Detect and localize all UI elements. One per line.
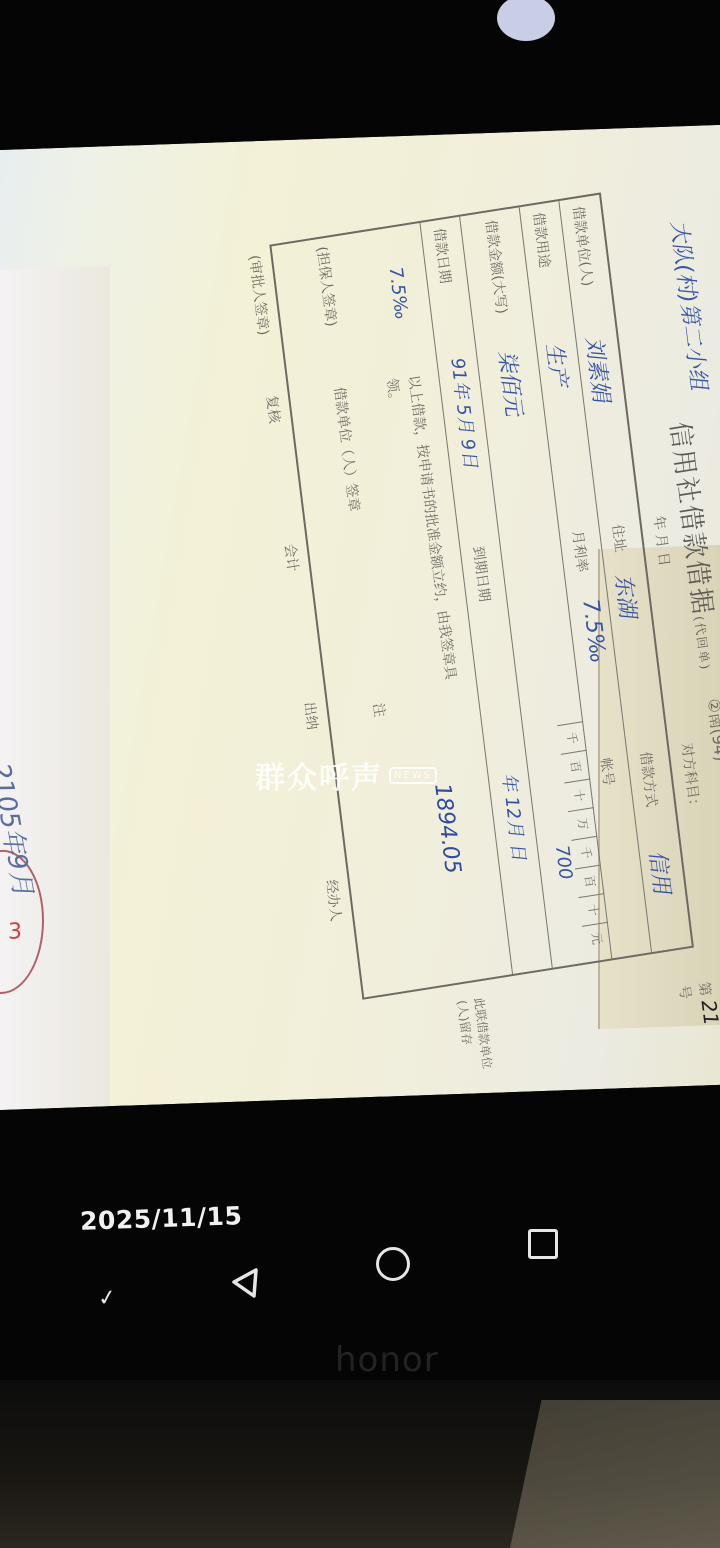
purpose-value: 生产: [540, 340, 576, 388]
label-method: 借款方式: [636, 750, 663, 808]
label-rate: 月利率: [568, 529, 593, 574]
digit-col: 万: [568, 807, 597, 840]
address-value: 东湖: [609, 571, 645, 619]
due-date-value: 年 12月 日: [497, 771, 534, 862]
digit-col: 千: [571, 836, 600, 869]
copy-note: 此联借款单位(人)留存: [454, 996, 497, 1080]
amount-digits: 700: [551, 844, 576, 881]
paper-corner: [510, 1400, 720, 1548]
digit-col: 十: [564, 778, 593, 811]
check-icon[interactable]: ✓: [96, 1285, 118, 1312]
review-label: 复核: [262, 394, 285, 425]
watermark-text: 群众呼声: [255, 753, 383, 797]
page-suffix: 号: [675, 984, 693, 1000]
cashier-label: 出纳: [300, 700, 323, 731]
brand-logo: honor: [335, 1340, 439, 1380]
handwritten-village: 大队(村)第二小组: [664, 218, 716, 392]
label-purpose: 借款用途: [529, 211, 556, 269]
phone-screen: 3 2105年9月 ……… 大队(村)第二小组 信用社借款借据(代回单) ②南(…: [0, 125, 720, 1110]
label-borrower: 借款单位(人): [568, 204, 598, 287]
remark-label: 注: [369, 701, 391, 718]
page-number: 第 21 号: [674, 980, 720, 1046]
amount-value: 柒佰元: [492, 348, 531, 418]
rate-value: 7.5‰: [577, 597, 610, 665]
label-account: 帐号: [596, 756, 619, 787]
watermark-badge: NEWS: [389, 767, 437, 784]
header-date: 年 月 日: [649, 514, 675, 567]
method-value: 信用: [643, 848, 679, 896]
label-due-date: 到期日期: [469, 545, 496, 603]
label-amount: 借款金额(大写): [481, 218, 512, 315]
watermark: 群众呼声 NEWS: [255, 753, 437, 797]
home-icon[interactable]: [376, 1247, 410, 1281]
guarantor-sign-label: (担保人签章): [312, 245, 342, 328]
page-label: 第: [695, 981, 713, 997]
title-suffix: (代回单): [692, 615, 713, 672]
back-icon[interactable]: [228, 1266, 262, 1304]
borrower-signature: 刘素娟: [579, 334, 618, 404]
title-text: 信用社借款借据: [664, 420, 718, 618]
digit-col: 百: [575, 864, 604, 897]
handler-label: 经办人: [321, 878, 346, 923]
camera-cutout: [497, 0, 555, 41]
accountant-label: 会计: [280, 542, 303, 573]
form-code: ②南(94): [703, 697, 720, 763]
digit-col: 千: [557, 721, 586, 754]
digit-col: 百: [561, 750, 590, 783]
recents-icon[interactable]: [528, 1229, 558, 1259]
digit-col: 十: [578, 893, 607, 926]
red-handwritten-mark: 3: [8, 919, 22, 944]
digit-col: 元: [582, 922, 611, 955]
label-address: 住址: [608, 523, 631, 554]
loan-date-value: 91年 5月 9日: [445, 356, 484, 470]
date-stamp: 2025/11/15: [80, 1201, 243, 1236]
table-surface: [0, 1380, 720, 1548]
label-loan-date: 借款日期: [429, 226, 456, 284]
handwritten-rate-note: 7.5‰: [385, 266, 412, 322]
opposite-account-label: 对方科目：: [677, 741, 705, 813]
page-ref: 21: [697, 998, 720, 1027]
borrower-sign-label: 借款单位（人）签章: [330, 385, 365, 513]
